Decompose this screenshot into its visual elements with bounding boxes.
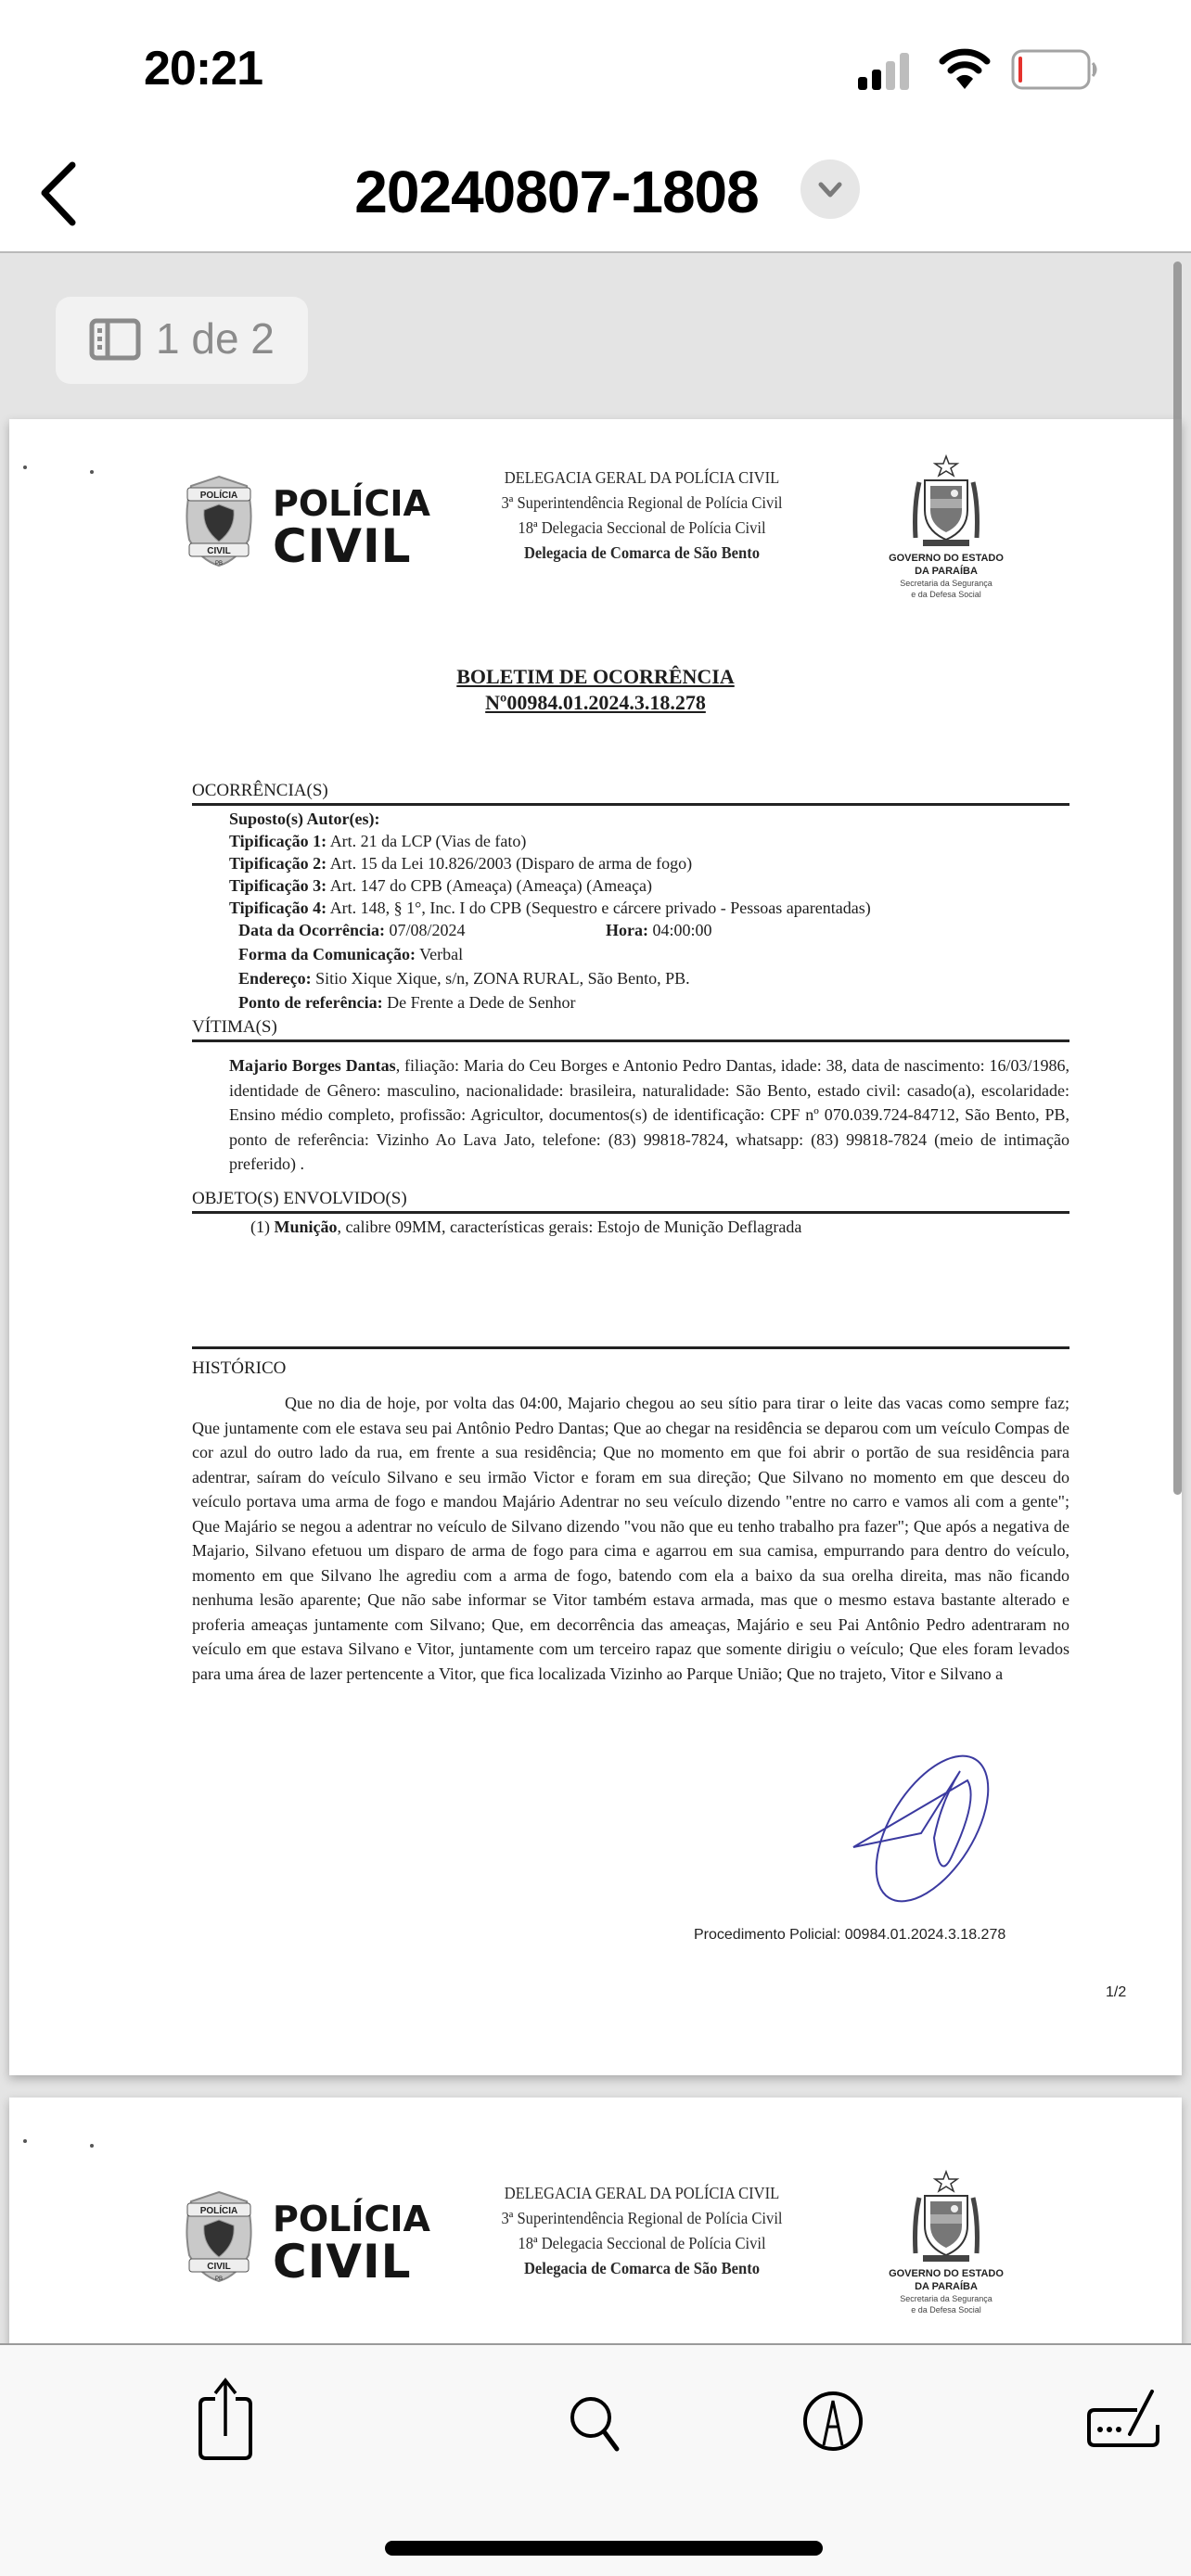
status-bar: 20:21 — [0, 0, 1191, 139]
signature-image — [849, 1745, 1006, 1907]
data-ocorrencia: Data da Ocorrência: 07/08/2024 — [238, 918, 465, 942]
endereco: Endereço: Sitio Xique Xique, s/n, ZONA R… — [238, 966, 690, 990]
tipificacao-3: Tipificação 3: Art. 147 do CPB (Ameaça) … — [229, 874, 652, 898]
search-icon[interactable] — [554, 2373, 637, 2466]
police-badge-icon: POLÍCIA CIVIL PB — [182, 475, 256, 567]
paraiba-coat-of-arms: GOVERNO DO ESTADO DA PARAÍBA Secretaria … — [877, 2170, 1016, 2315]
tipificacao-1: Tipificação 1: Art. 21 da LCP (Vias de f… — [229, 829, 526, 853]
forma-comunicacao: Forma da Comunicação: Verbal — [238, 942, 463, 966]
section-vitimas: VÍTIMA(S) — [192, 1017, 1069, 1042]
chevron-down-icon — [800, 159, 860, 219]
home-indicator[interactable] — [385, 2541, 823, 2556]
letterhead-text: DELEGACIA GERAL DA POLÍCIA CIVIL 3ª Supe… — [456, 2181, 827, 2281]
section-ocorrencias: OCORRÊNCIA(S) — [192, 781, 1069, 806]
svg-text:PB: PB — [215, 561, 223, 567]
section-divider — [192, 1346, 1069, 1349]
chevron-left-icon[interactable] — [26, 156, 91, 230]
policia-civil-logo: POLÍCIA CIVIL — [273, 2201, 430, 2285]
sidebar-icon — [89, 318, 141, 361]
form-fill-icon[interactable] — [1083, 2373, 1167, 2466]
svg-text:POLÍCIA: POLÍCIA — [200, 2204, 238, 2216]
battery-icon — [1011, 49, 1100, 90]
pdf-viewer[interactable]: 1 de 2 POLÍCIA CIVIL PB POLÍCIA CIVIL DE… — [0, 254, 1191, 2343]
svg-text:PB: PB — [215, 2276, 223, 2282]
procedimento-policial: Procedimento Policial: 00984.01.2024.3.1… — [694, 1927, 1005, 1944]
page-indicator-label: 1 de 2 — [156, 313, 275, 363]
share-icon[interactable] — [184, 2373, 267, 2466]
status-time: 20:21 — [144, 41, 263, 96]
ponto-referencia: Ponto de referência: De Frente a Dede de… — [238, 990, 576, 1014]
vertical-scrollbar[interactable] — [1173, 261, 1182, 1495]
historico-text: Que no dia de hoje, por volta das 04:00,… — [192, 1391, 1069, 1686]
tipificacao-4: Tipificação 4: Art. 148, § 1°, Inc. I do… — [229, 896, 871, 920]
tipificacao-2: Tipificação 2: Art. 15 da Lei 10.826/200… — [229, 851, 692, 875]
paraiba-coat-of-arms: GOVERNO DO ESTADO DA PARAÍBA Secretaria … — [877, 454, 1016, 600]
coat-of-arms-icon — [904, 2170, 988, 2267]
suposto-autor-label: Suposto(s) Autor(es): — [229, 810, 380, 828]
vitima-details: Majario Borges Dantas, filiação: Maria d… — [229, 1053, 1069, 1177]
document-title[interactable]: 20240807-1808 — [325, 158, 788, 226]
pdf-page-1: POLÍCIA CIVIL PB POLÍCIA CIVIL DELEGACIA… — [9, 419, 1182, 2075]
cellular-signal-icon — [858, 51, 923, 90]
page-indicator[interactable]: 1 de 2 — [56, 297, 308, 384]
police-badge-icon: POLÍCIA CIVIL PB — [182, 2190, 256, 2283]
svg-text:CIVIL: CIVIL — [207, 546, 231, 556]
navigation-bar: 20240807-1808 — [0, 139, 1191, 253]
policia-civil-logo: POLÍCIA CIVIL — [273, 486, 430, 569]
svg-text:CIVIL: CIVIL — [207, 2262, 231, 2272]
hora-ocorrencia: Hora: 04:00:00 — [606, 918, 712, 942]
bottom-toolbar — [0, 2343, 1191, 2576]
objeto-item: (1) Munição, calibre 09MM, característic… — [250, 1215, 801, 1239]
coat-of-arms-icon — [904, 454, 988, 552]
document-number: Nº00984.01.2024.3.18.278 — [9, 688, 1182, 718]
section-objetos: OBJETO(S) ENVOLVIDO(S) — [192, 1189, 1069, 1214]
pdf-page-2: POLÍCIA CIVIL PB POLÍCIA CIVIL DELEGACIA… — [9, 2098, 1182, 2343]
markup-icon[interactable] — [791, 2373, 875, 2466]
page-number: 1/2 — [1106, 1984, 1126, 2001]
section-historico: HISTÓRICO — [192, 1357, 286, 1381]
wifi-icon — [937, 46, 992, 91]
title-menu-button[interactable] — [800, 159, 860, 219]
letterhead-text: DELEGACIA GERAL DA POLÍCIA CIVIL 3ª Supe… — [456, 465, 827, 566]
svg-text:POLÍCIA: POLÍCIA — [200, 489, 238, 501]
